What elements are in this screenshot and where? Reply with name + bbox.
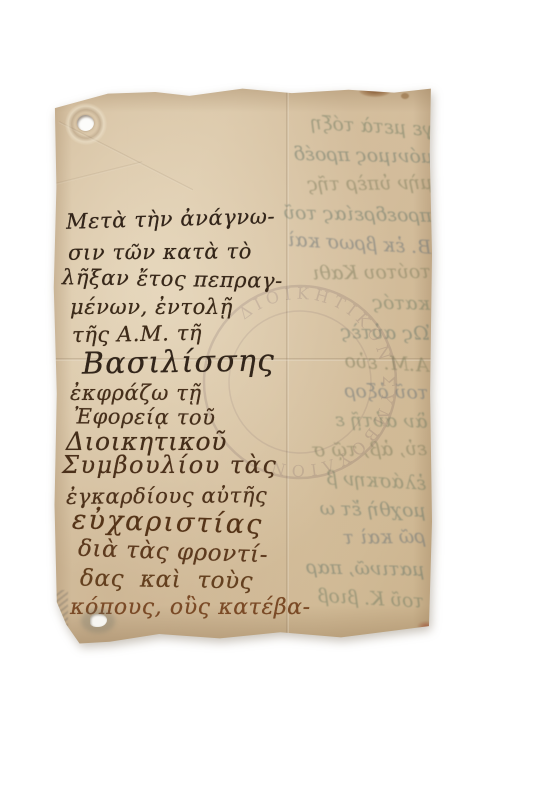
handwritten-line: Ἐφορείᾳ τοῦ bbox=[74, 404, 216, 429]
handwritten-line: εὐχαριστίας bbox=[72, 505, 264, 541]
handwritten-line: σιν τῶν κατὰ τὸ bbox=[68, 239, 252, 265]
handwritten-line: Μετὰ τὴν ἀνάγνω- bbox=[66, 204, 276, 233]
handwritten-line: τῆς Α.Μ. τῆ bbox=[72, 321, 203, 347]
bleedthrough-line: ρῶ καὶ τ bbox=[255, 523, 425, 555]
bleedthrough-line: τούτου Καθι bbox=[261, 257, 431, 289]
handwritten-line: Συμβουλίου τὰς bbox=[62, 451, 277, 479]
handwritten-line: ἐκφράζω τῇ bbox=[70, 381, 202, 405]
bleedthrough-line: μοχθὴ ἔτ ω bbox=[256, 493, 427, 526]
bleedthrough-line: μὴν ὑπὲρ τῆς bbox=[263, 169, 433, 201]
corner-crease-secondary bbox=[55, 161, 143, 185]
handwritten-line: διὰ τὰς φροντί- bbox=[78, 536, 269, 569]
handwritten-line: Βασιλίσσης bbox=[82, 343, 276, 381]
pencil-smudge-left-edge bbox=[51, 590, 68, 632]
stain-top-edge bbox=[359, 84, 391, 97]
handwritten-line: λῆξαν ἔτος πεπραγ- bbox=[62, 265, 283, 293]
handwritten-line: δας καὶ τοὺς bbox=[80, 565, 254, 594]
bleedthrough-line: κατός bbox=[260, 286, 431, 319]
bleedthrough-line: τοῦ ὀξορ bbox=[258, 375, 429, 408]
bleedthrough-line: μόνιμος προέδ bbox=[263, 139, 434, 172]
letter-page: ΔΙΟΙΚΗΤΙΚΟΝ ΣΥΜΒΟΥΛΙΟΝ γε μετὰ τόξη μόνι… bbox=[53, 87, 432, 644]
handwritten-line: μένων, ἐντολῇ bbox=[70, 295, 233, 319]
bleedthrough-line: ἃν αὐτῇ ε bbox=[257, 404, 428, 437]
bleedthrough-text-block: γε μετὰ τόξη μόνιμος προέδ μὴν ὑπὲρ τῆς … bbox=[254, 109, 434, 614]
scan-white-background: { "document": { "kind": "scanned handwri… bbox=[0, 0, 549, 800]
stain-top-small bbox=[401, 93, 409, 99]
punch-hole-top bbox=[77, 115, 94, 131]
stain-bottom-right bbox=[417, 621, 435, 632]
document-scan: ΔΙΟΙΚΗΤΙΚΟΝ ΣΥΜΒΟΥΛΙΟΝ γε μετὰ τόξη μόνι… bbox=[0, 0, 549, 800]
paper-shadow-wrap: ΔΙΟΙΚΗΤΙΚΟΝ ΣΥΜΒΟΥΛΙΟΝ γε μετὰ τόξη μόνι… bbox=[0, 0, 549, 800]
